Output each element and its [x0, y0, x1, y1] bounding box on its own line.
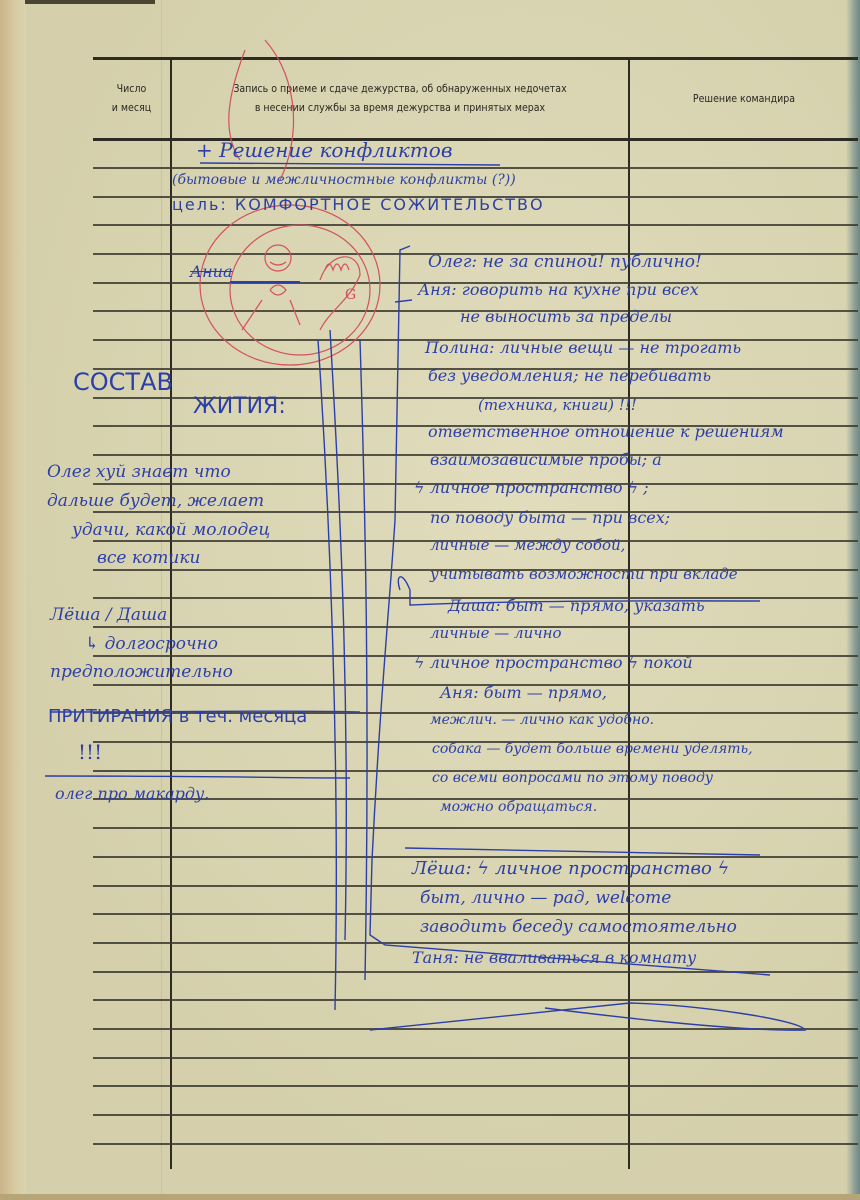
header-record-line1: Запись о приеме и сдаче дежурства, об об…: [233, 80, 566, 99]
left-last: олег про макарду.: [55, 784, 209, 803]
left-heading-part2: ЖИТИЯ:: [193, 394, 286, 419]
ruled-line: [93, 971, 858, 973]
left-note-line: предположительно: [50, 662, 233, 682]
note-title: + Решение конфликтов: [196, 138, 452, 162]
page-edge-left: [0, 0, 26, 1200]
ruled-line: [93, 885, 858, 887]
note-line: ответственное отношение к решениям: [428, 422, 784, 441]
ruled-line: [93, 167, 858, 169]
note-line: собака — будет больше времени уделять,: [432, 741, 753, 757]
note-line: личные — между собой,: [430, 536, 625, 554]
header-commander-decision: Решение командира: [630, 60, 858, 138]
header-date-month: Число и месяц: [93, 60, 170, 138]
note-line: ϟ личное пространство ϟ ;: [414, 478, 649, 497]
note-line: Даша: быт — прямо, указать: [448, 596, 705, 615]
left-note-line: дальше будет, желает: [47, 491, 264, 511]
note-line: по поводу быта — при всех;: [430, 508, 670, 527]
note-line: можно обращаться.: [440, 799, 597, 815]
ruled-line: [93, 913, 858, 915]
page-edge-bottom: [0, 1194, 860, 1200]
left-note-line: ↳ долгосрочно: [85, 634, 218, 654]
page-edge-top: [25, 0, 155, 4]
note-line: со всеми вопросами по этому поводу: [432, 770, 713, 786]
document-page: Число и месяц Запись о приеме и сдаче де…: [0, 0, 860, 1200]
ruled-line: [93, 1143, 858, 1145]
header-date-line2: и месяц: [112, 99, 151, 118]
crossed-name: Аниа: [190, 262, 233, 281]
note-line: (техника, книги) !!!: [478, 396, 637, 414]
note-line: Олег: не за спиной! публично!: [428, 252, 702, 272]
ruled-line: [93, 827, 858, 829]
note-line: Таня: не вваливаться в комнату: [412, 948, 696, 967]
header-date-line1: Число: [112, 80, 151, 99]
note-line: ϟ личное пространство ϟ покой: [414, 653, 693, 672]
note-goal: цель: КОМФОРТНОЕ СОЖИТЕЛЬСТВО: [172, 195, 545, 214]
ruled-line: [93, 1028, 858, 1030]
note-line: без уведомления; не перебивать: [428, 366, 711, 385]
note-line: межлич. — лично как удобно.: [430, 712, 654, 728]
left-note-line: Олег хуй знает что: [47, 462, 231, 482]
left-migration: ПРИТИРАНИЯ в теч. месяца: [48, 706, 307, 727]
ruled-line: [93, 1114, 858, 1116]
note-line: Полина: личные вещи — не трогать: [425, 338, 741, 357]
red-doodle-letter: G: [345, 287, 356, 303]
note-line: Лёша: ϟ личное пространство ϟ: [412, 858, 729, 879]
note-line: заводить беседу самостоятельно: [420, 917, 737, 937]
ruled-line: [93, 942, 858, 944]
note-line: Аня: быт — прямо,: [440, 683, 607, 702]
note-line: учитывать возможности при вкладе: [430, 565, 738, 583]
left-heading-part1: СОСТАВ: [73, 368, 173, 396]
note-line: Аня: говорить на кухне при всех: [418, 280, 699, 299]
ruled-line: [93, 224, 858, 226]
note-line: не выносить за пределы: [460, 307, 672, 326]
left-note-line: удачи, какой молодец: [72, 520, 270, 540]
note-line: взаимозависимые пробы; а: [430, 450, 662, 469]
ruled-line: [93, 1057, 858, 1059]
note-line: личные — лично: [430, 624, 562, 642]
note-line: быт, лично — рад, welcome: [420, 888, 671, 908]
ruled-line: [93, 999, 858, 1001]
ruled-line: [93, 1085, 858, 1087]
left-note-line: все котики: [97, 548, 200, 568]
header-record-line2: в несении службы за время дежурства и пр…: [233, 99, 566, 118]
left-exclaim: !!!: [78, 740, 102, 764]
note-subtitle: (бытовые и межличностные конфликты (?)): [172, 172, 516, 188]
header-record: Запись о приеме и сдаче дежурства, об об…: [172, 60, 628, 138]
left-note-line: Лёша / Даша: [50, 605, 167, 625]
